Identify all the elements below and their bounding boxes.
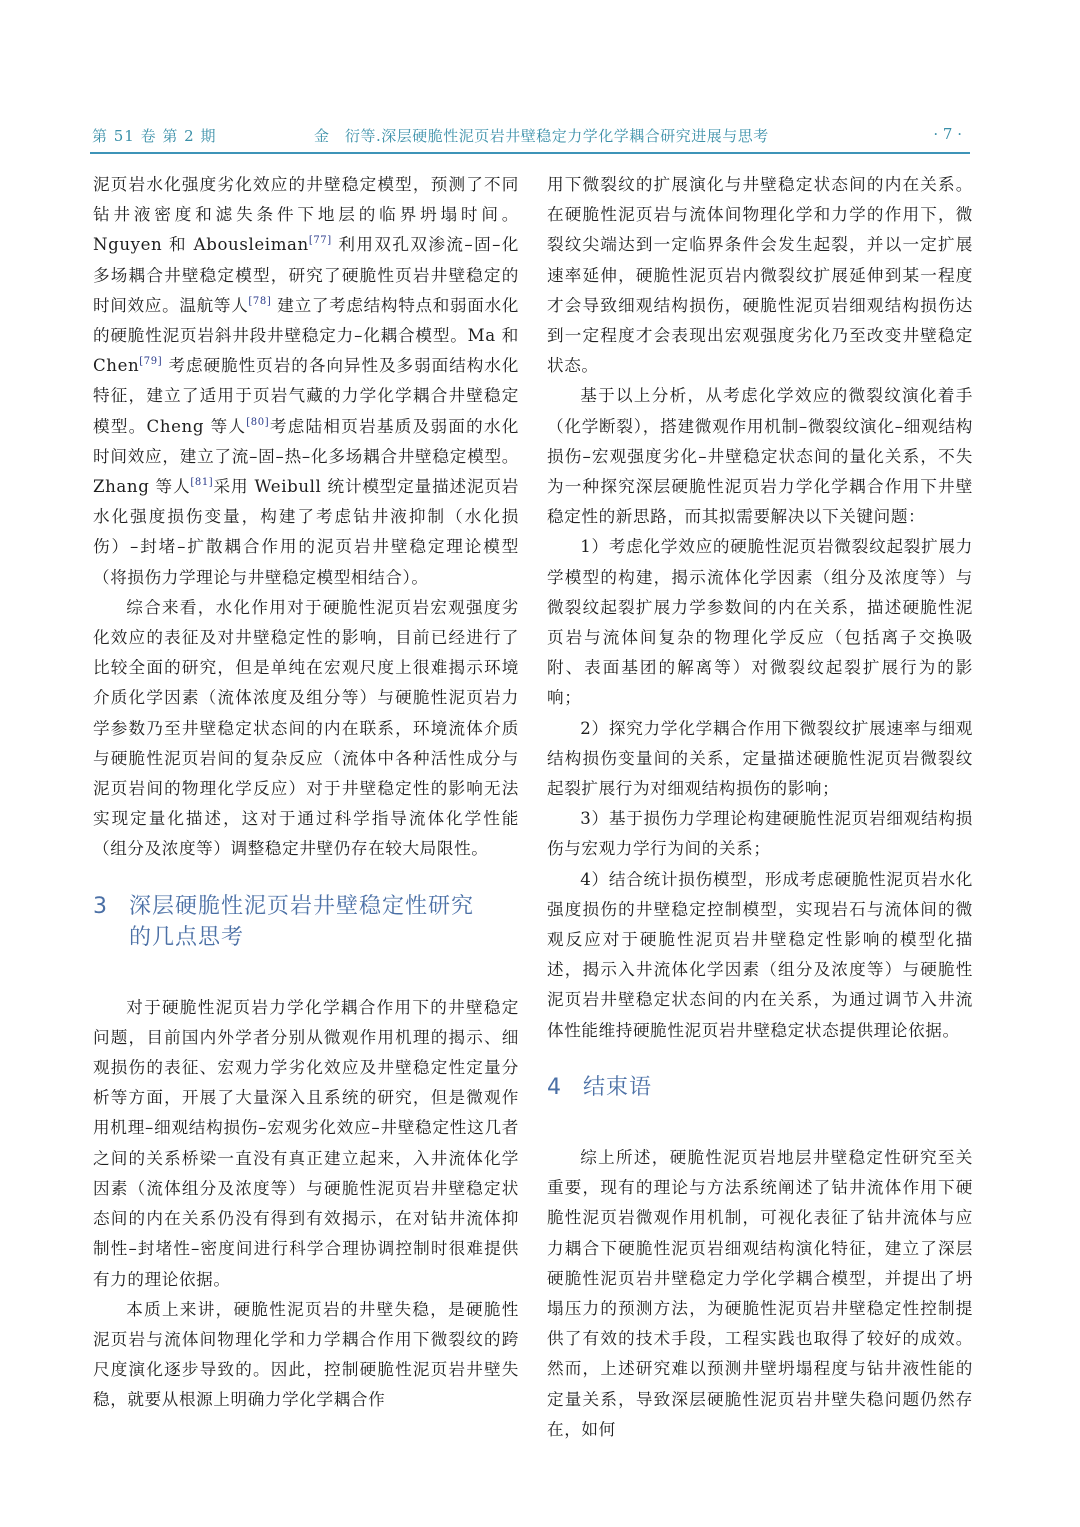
paragraph-analysis: 基于以上分析，从考虑化学效应的微裂纹演化着手（化学断裂），搭建微观作用机制–微裂… <box>547 381 973 532</box>
section-title-line1: 深层硬脆性泥页岩井壁稳定性研究 <box>129 894 474 919</box>
list-item-3: 3）基于损伤力学理论构建硬脆性泥页岩细观结构损伤与宏观力学行为间的关系； <box>547 804 973 864</box>
section-title: 结束语 <box>583 1075 652 1100</box>
citation-81[interactable]: [81] <box>190 477 213 488</box>
paragraph-essence: 本质上来讲，硬脆性泥页岩的井壁失稳，是硬脆性泥页岩与流体间物理化学和力学耦合作用… <box>93 1295 519 1416</box>
running-head: 第 51 卷 第 2 期 金 衍等.深层硬脆性泥页岩井壁稳定力学化学耦合研究进展… <box>92 121 968 149</box>
page-number: · 7 · <box>933 125 962 143</box>
section-number: 3 <box>93 891 129 922</box>
paragraph-summary: 综合来看，水化作用对于硬脆性泥页岩宏观强度劣化效应的表征及对井壁稳定性的影响，目… <box>93 593 519 865</box>
list-item-4: 4）结合统计损伤模型，形成考虑硬脆性泥页岩水化强度损伤的井壁稳定控制模型，实现岩… <box>547 865 973 1046</box>
paragraph-conclusion: 综上所述，硬脆性泥页岩地层井壁稳定性研究至关重要，现有的理论与方法系统阐述了钻井… <box>547 1143 973 1445</box>
right-column: 用下微裂纹的扩展演化与井壁稳定状态间的内在关系。在硬脆性泥页岩与流体间物理化学和… <box>547 170 973 1445</box>
left-column: 泥页岩水化强度劣化效应的井壁稳定模型，预测了不同钻井液密度和滤失条件下地层的临界… <box>93 170 519 1416</box>
paragraph-continuation: 用下微裂纹的扩展演化与井壁稳定状态间的内在关系。在硬脆性泥页岩与流体间物理化学和… <box>547 170 973 381</box>
section-3-heading: 3深层硬脆性泥页岩井壁稳定性研究 的几点思考 <box>93 891 519 953</box>
citation-77[interactable]: [77] <box>309 235 332 246</box>
list-item-2: 2）探究力学化学耦合作用下微裂纹扩展速率与细观结构损伤变量间的关系，定量描述硬脆… <box>547 714 973 805</box>
section-number: 4 <box>547 1072 583 1103</box>
journal-volume-issue: 第 51 卷 第 2 期 <box>92 125 216 146</box>
section-title-line2: 的几点思考 <box>93 925 244 950</box>
list-item-1: 1）考虑化学效应的硬脆性泥页岩微裂纹起裂扩展力学模型的构建，揭示流体化学因素（组… <box>547 532 973 713</box>
paragraph-literature-review: 泥页岩水化强度劣化效应的井壁稳定模型，预测了不同钻井液密度和滤失条件下地层的临界… <box>93 170 519 593</box>
article-running-title: 金 衍等.深层硬脆性泥页岩井壁稳定力学化学耦合研究进展与思考 <box>314 125 769 146</box>
citation-79[interactable]: [79] <box>139 356 162 367</box>
section-4-heading: 4结束语 <box>547 1072 973 1103</box>
citation-80[interactable]: [80] <box>246 417 269 428</box>
paragraph-research-status: 对于硬脆性泥页岩力学化学耦合作用下的井壁稳定问题，目前国内外学者分别从微观作用机… <box>93 993 519 1295</box>
citation-78[interactable]: [78] <box>248 296 271 307</box>
header-divider <box>90 152 970 154</box>
